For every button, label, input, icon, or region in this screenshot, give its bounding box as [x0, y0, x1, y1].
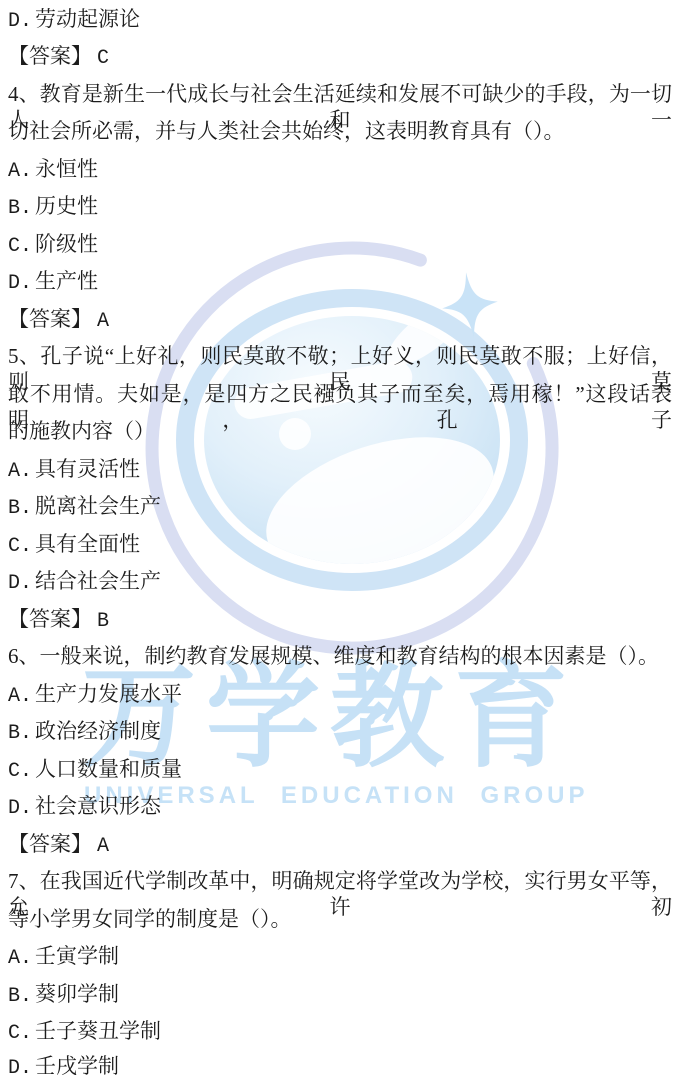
question-5-line-3: 的施教内容（）: [8, 418, 672, 444]
option-line-c: C.壬子葵丑学制: [8, 1018, 672, 1047]
option-letter: D.: [8, 571, 35, 597]
option-letter: C.: [8, 234, 35, 260]
option-line-a: A.生产力发展水平: [8, 681, 672, 710]
option-letter: D.: [8, 796, 35, 822]
option-letter: C.: [8, 1021, 35, 1047]
answer-value: A: [97, 835, 109, 858]
option-line-d: D.壬戌学制: [8, 1053, 672, 1077]
option-line-c: C.阶级性: [8, 231, 672, 260]
option-letter: B.: [8, 721, 35, 747]
option-text: 具有灵活性: [35, 457, 140, 481]
option-line-d: D.生产性: [8, 268, 672, 297]
option-text: 壬子葵丑学制: [35, 1019, 161, 1043]
option-letter: A.: [8, 459, 35, 485]
option-letter: D.: [8, 9, 35, 35]
option-text: 壬寅学制: [35, 944, 119, 968]
option-text: 壬戌学制: [35, 1054, 119, 1077]
option-line-b: B.脱离社会生产: [8, 493, 672, 522]
option-line-d: D.社会意识形态: [8, 793, 672, 822]
option-line-c: C.具有全面性: [8, 531, 672, 560]
option-text: 社会意识形态: [35, 794, 161, 818]
option-line-b: B.历史性: [8, 193, 672, 222]
option-letter: D.: [8, 271, 35, 297]
option-letter: B.: [8, 196, 35, 222]
answer-label: 【答案】: [8, 44, 92, 68]
answer-value: C: [97, 47, 109, 70]
answer-line: 【答案】B: [8, 606, 672, 635]
option-text: 政治经济制度: [35, 719, 161, 743]
option-text: 历史性: [35, 194, 98, 218]
option-line-b: B.葵卯学制: [8, 981, 672, 1010]
question-7-line-2: 等小学男女同学的制度是（）。: [8, 906, 672, 932]
option-line-a: A.壬寅学制: [8, 943, 672, 972]
option-line-a: A.具有灵活性: [8, 456, 672, 485]
answer-value: A: [97, 310, 109, 333]
option-text: 具有全面性: [35, 532, 140, 556]
option-line-c: C.人口数量和质量: [8, 756, 672, 785]
answer-line: 【答案】A: [8, 831, 672, 860]
option-letter: A.: [8, 684, 35, 710]
option-line-d: D.劳动起源论: [8, 6, 672, 35]
option-letter: B.: [8, 496, 35, 522]
question-4-line-2: 切社会所必需，并与人类社会共始终，这表明教育具有（）。: [8, 118, 672, 144]
option-line-d: D.结合社会生产: [8, 568, 672, 597]
answer-value: B: [97, 610, 109, 633]
answer-line: 【答案】A: [8, 306, 672, 335]
option-letter: A.: [8, 946, 35, 972]
option-text: 永恒性: [35, 157, 98, 181]
option-letter: B.: [8, 984, 35, 1010]
answer-label: 【答案】: [8, 832, 92, 856]
option-text: 结合社会生产: [35, 569, 161, 593]
option-letter: C.: [8, 759, 35, 785]
option-letter: A.: [8, 159, 35, 185]
option-letter: D.: [8, 1056, 35, 1077]
option-text: 人口数量和质量: [35, 757, 182, 781]
option-text: 劳动起源论: [35, 7, 140, 31]
question-6-line-1: 6、一般来说，制约教育发展规模、维度和教育结构的根本因素是（）。: [8, 643, 672, 669]
option-text: 阶级性: [35, 232, 98, 256]
option-text: 生产力发展水平: [35, 682, 182, 706]
answer-line: 【答案】C: [8, 43, 672, 72]
option-letter: C.: [8, 534, 35, 560]
option-text: 脱离社会生产: [35, 494, 161, 518]
answer-label: 【答案】: [8, 607, 92, 631]
answer-label: 【答案】: [8, 307, 92, 331]
option-text: 生产性: [35, 269, 98, 293]
exam-document: D.劳动起源论 【答案】C 4、教育是新生一代成长与社会生活延续和发展不可缺少的…: [0, 0, 686, 1077]
option-line-a: A.永恒性: [8, 156, 672, 185]
option-text: 葵卯学制: [35, 982, 119, 1006]
option-line-b: B.政治经济制度: [8, 718, 672, 747]
